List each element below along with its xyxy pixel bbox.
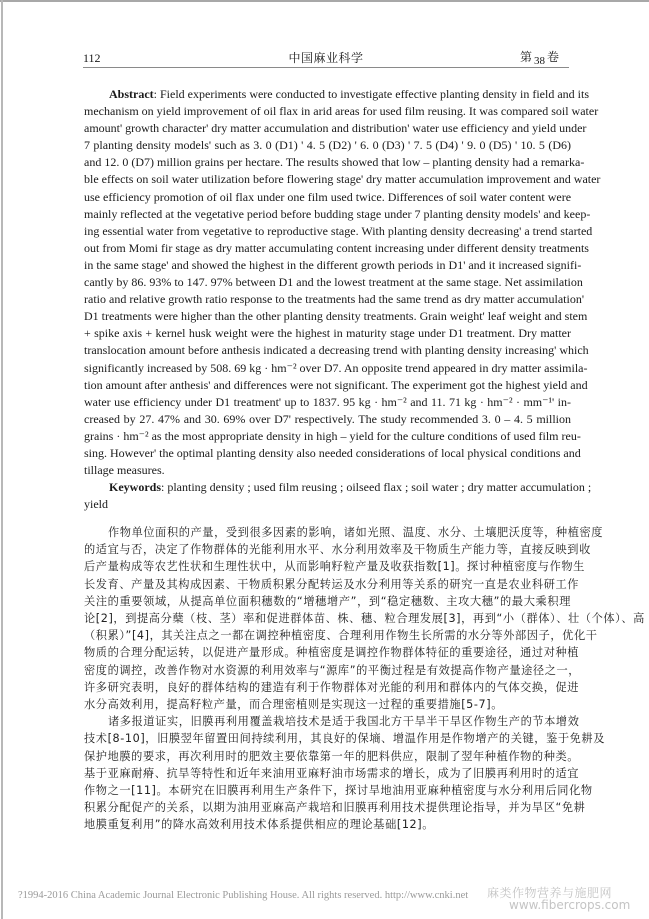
body-line: 密度的调控，改善作物对水资源的利用效率与“源库”的平衡过程是有效提高作物产量途径… <box>84 662 571 679</box>
abstract-line: use efficiency promotion of oil flax und… <box>84 189 571 206</box>
body-line: 的适宜与否，决定了作物群体的光能利用水平、水分利用效率及干物质生产能力等，直接反… <box>84 541 571 558</box>
abstract-line: ing essential water from vegetative to r… <box>84 223 571 240</box>
abstract-line: tion amount after anthesis' and differen… <box>84 377 571 394</box>
journal-title: 中国麻业科学 <box>83 49 569 66</box>
body-line: 作物之一[11]。本研究在旧膜再利用生产条件下，探讨旱地油用亚麻种植密度与水分利… <box>84 782 571 799</box>
abstract-line: sing. However' the optimal planting dens… <box>84 445 571 462</box>
abstract-line: significantly increased by 508. 69 kg · … <box>84 360 571 377</box>
watermark-url: www.fibercrops.com <box>509 898 630 912</box>
volume-suffix: 卷 <box>547 50 559 64</box>
abstract-line: grains · hm⁻² as the most appropriate de… <box>84 428 571 445</box>
keywords-line: Keywords: planting density ; used film r… <box>84 479 571 496</box>
volume-label: 第38卷 <box>520 48 559 65</box>
abstract-line: translocation amount before anthesis ind… <box>84 342 571 359</box>
abstract-label: Abstract <box>109 87 154 101</box>
abstract-line: amount' growth character' dry matter acc… <box>84 120 571 137</box>
abstract-line: Abstract: Field experiments were conduct… <box>84 86 571 103</box>
abstract-line: and 12. 0 (D7) million grains per hectar… <box>84 154 571 171</box>
body-line: 水分高效利用，提高籽粒产量，而合理密植则是实现这一过程的重要措施[5-7]。 <box>84 696 571 713</box>
body-line: 地膜重复利用”的降水高效利用技术体系提供相应的理论基础[12]。 <box>84 816 571 833</box>
abstract-line: cantly by 86. 93% to 147. 97% between D1… <box>84 274 571 291</box>
abstract-line: mechanism on yield improvement of oil fl… <box>84 103 571 120</box>
abstract-line: water use efficiency under D1 treatment'… <box>84 394 571 411</box>
body-line: 关注的重要领域，从提高单位面积穗数的“增穗增产”，到“稳定穗数、主攻大穗”的最大… <box>84 593 571 610</box>
body-line: 后产量构成等农艺性状和生理性状中，从而影响籽粒产量及收获指数[1]。探讨种植密度… <box>84 558 571 575</box>
abstract-line: 7 planting density models' such as 3. 0 … <box>84 137 571 154</box>
keywords-label: Keywords <box>109 480 161 494</box>
copyright-footer: ?1994-2016 China Academic Journal Electr… <box>18 890 468 901</box>
abstract-line: D1 treatments were higher than the other… <box>84 308 571 325</box>
abstract-line: + spike axis + kernel husk weight were t… <box>84 325 571 342</box>
body-line: 物质的合理分配运转，以促进产量形成。种植密度是调控作物群体特征的重要途径，通过对… <box>84 644 571 661</box>
body-line: 长发育、产量及其构成因素、干物质积累分配转运及水分利用等关系的研究一直是农业科研… <box>84 576 571 593</box>
abstract-line: mainly reflected at the vegetative perio… <box>84 206 571 223</box>
page-left-border <box>1 0 3 919</box>
body-line: 保护地膜的要求，再次利用时的肥效主要依靠第一年的肥料供应，限制了翌年种植作物的种… <box>84 748 571 765</box>
abstract-line: ratio and relative growth ratio response… <box>84 291 571 308</box>
body-line: 积累分配促产的关系，以期为油用亚麻高产栽培和旧膜再利用技术提供理论指导，并为旱区… <box>84 799 571 816</box>
volume-prefix: 第 <box>520 50 532 64</box>
body-line: （积累）”[4]，其关注点之一都在调控种植密度、合理利用作物生长所需的水分等外部… <box>84 627 571 644</box>
introduction-body: 作物单位面积的产量，受到很多因素的影响，诸如光照、温度、水分、土壤肥沃度等，种植… <box>84 524 571 834</box>
abstract-line: out from Momi fir stage as dry matter ac… <box>84 240 571 257</box>
running-head: 112 中国麻业科学 第38卷 <box>83 45 569 68</box>
keywords-line-2: yield <box>84 496 571 513</box>
body-line: 技术[8-10]，旧膜翌年留置田间持续利用，其良好的保墒、增温作用是作物增产的关… <box>84 730 571 747</box>
abstract-line: ble effects on soil water utilization be… <box>84 171 571 188</box>
body-line: 基于亚麻耐瘠、抗旱等特性和近年来油用亚麻籽油市场需求的增长，成为了旧膜再利用时的… <box>84 765 571 782</box>
page-top-border <box>0 0 649 2</box>
abstract-section: Abstract: Field experiments were conduct… <box>84 86 571 513</box>
body-line: 诸多报道证实，旧膜再利用覆盖栽培技术是适于我国北方干旱半干旱区作物生产的节本增效 <box>84 713 571 730</box>
body-line: 作物单位面积的产量，受到很多因素的影响，诸如光照、温度、水分、土壤肥沃度等，种植… <box>84 524 571 541</box>
body-line: 许多研究表明，良好的群体结构的建造有利于作物群体对光能的利用和群体内的气体交换，… <box>84 679 571 696</box>
abstract-line: creased by 27. 47% and 30. 69% over D7' … <box>84 411 571 428</box>
abstract-line: in the same stage' and showed the highes… <box>84 257 571 274</box>
volume-number: 38 <box>534 55 545 67</box>
keywords-list: planting density ; used film reusing ; o… <box>167 480 591 494</box>
body-line: 论[2]，到提高分蘖（枝、茎）率和促进群体苗、株、穗、粒合理发展[3]，再到“小… <box>84 610 571 627</box>
abstract-line: tillage measures. <box>84 462 571 479</box>
